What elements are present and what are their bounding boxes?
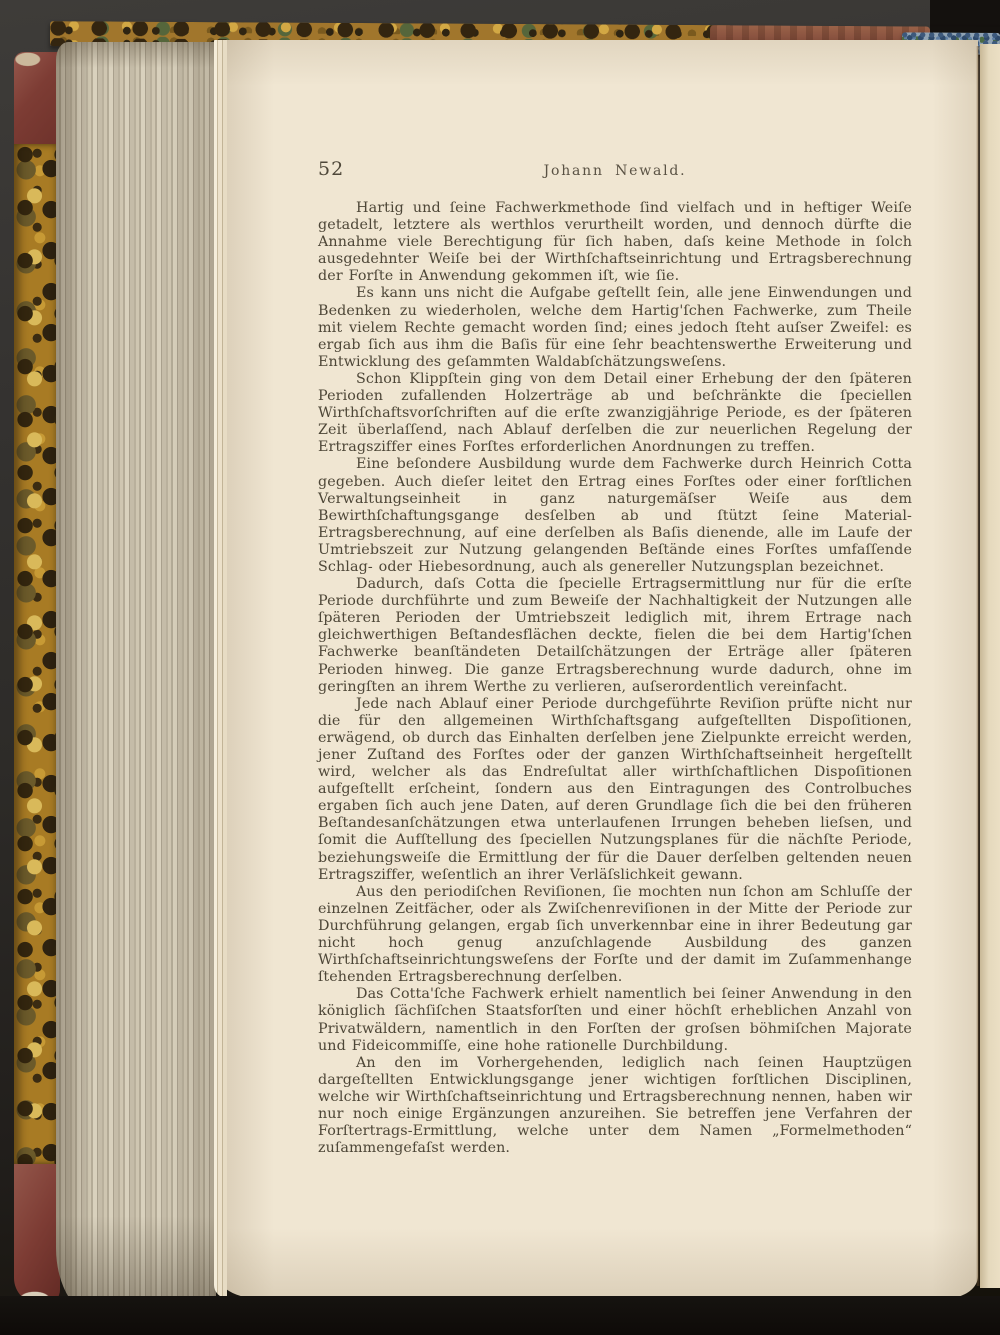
leather-corner-top [14, 52, 60, 144]
paragraph-2: Es kann uns nicht die Aufgabe geſtellt ſ… [318, 285, 912, 370]
paragraph-6: Jede nach Ablauf einer Periode durchgefü… [318, 696, 912, 884]
paragraph-8: Das Cotta'ſche Fachwerk erhielt namentli… [318, 986, 912, 1054]
printed-area: 52 Johann Newald. Hartig und ſeine Fachw… [318, 156, 912, 1157]
photo-background: 52 Johann Newald. Hartig und ſeine Fachw… [0, 0, 1000, 1335]
paragraph-5: Dadurch, daſs Cotta die ſpecielle Ertrag… [318, 576, 912, 696]
body-text: Hartig und ſeine Fachwerkmethode ſind vi… [318, 200, 912, 1157]
paragraph-7: Aus den periodiſchen Reviſionen, ſie moc… [318, 884, 912, 987]
leather-corner-bottom [14, 1164, 60, 1304]
book-page: 52 Johann Newald. Hartig und ſeine Fachw… [214, 40, 978, 1298]
running-title: Johann Newald. [318, 163, 912, 179]
paragraph-9: An den im Vorhergehenden, lediglich nach… [318, 1055, 912, 1158]
book-bottom-shadow [0, 1296, 1000, 1335]
paragraph-1: Hartig und ſeine Fachwerkmethode ſind vi… [318, 200, 912, 285]
paragraph-4: Eine beſondere Ausbildung wurde dem Fach… [318, 456, 912, 576]
facing-page-sliver [980, 44, 1000, 1288]
page-header: 52 Johann Newald. [318, 156, 912, 186]
page-edge-lines [214, 40, 227, 1298]
paragraph-3: Schon Klippſtein ging von dem Detail ein… [318, 371, 912, 456]
page-edges-stack [56, 42, 216, 1318]
marbled-cover-paper [14, 144, 60, 1164]
